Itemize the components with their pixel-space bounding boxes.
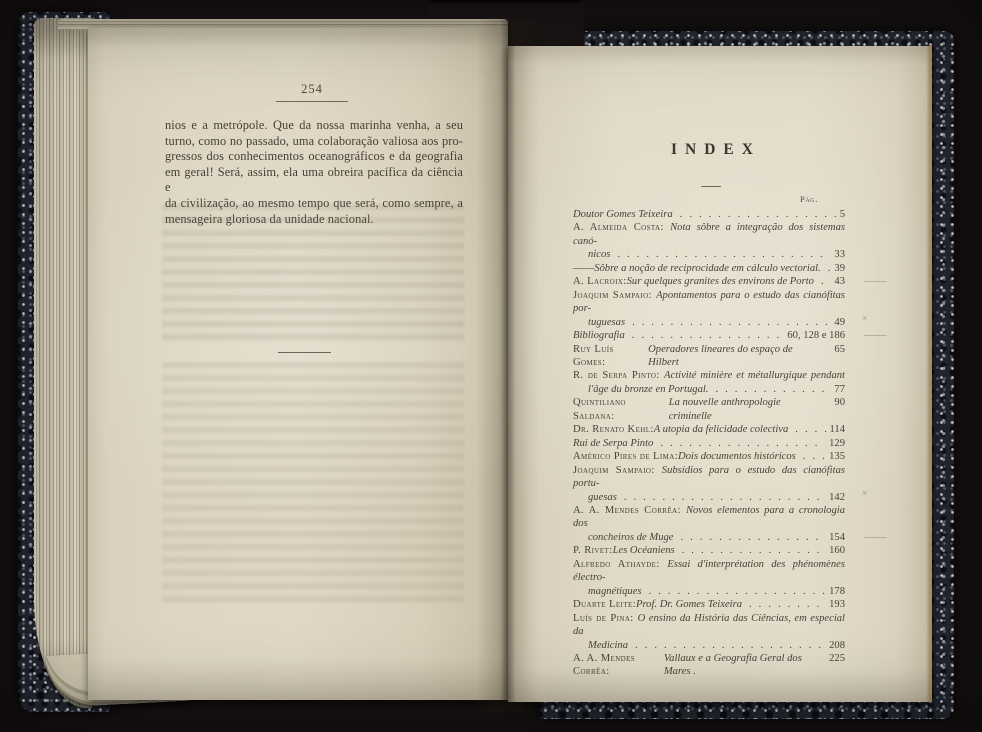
entry-title: guesas bbox=[588, 491, 617, 504]
bleed-through-text-lower bbox=[162, 362, 464, 604]
dot-leader: ........................................… bbox=[708, 383, 830, 396]
right-page: INDEX Pág. Doutor Gomes Teixeira........… bbox=[508, 46, 932, 702]
entry-page-number: 135 bbox=[825, 450, 845, 463]
index-entry-line: A. A. Mendes Corrêa: Novos elementos par… bbox=[573, 504, 845, 531]
entry-title: concheiros de Muge bbox=[588, 531, 674, 544]
index-entry: Luís de Pina: O ensino da História das C… bbox=[573, 612, 845, 652]
entry-author: P. Rivet: bbox=[573, 544, 613, 557]
entry-page-number: 193 bbox=[825, 598, 845, 611]
entry-title: Activité minière et métallurgique pendan… bbox=[664, 370, 845, 381]
index-entry: R. de Serpa Pinto: Activité minière et m… bbox=[573, 369, 845, 396]
dot-leader: ........................................… bbox=[818, 652, 825, 665]
entry-author: R. de Serpa Pinto: bbox=[573, 370, 664, 381]
index-entry-line: Bibliografia............................… bbox=[573, 329, 845, 342]
entry-author: Joaquim Sampaio: bbox=[573, 465, 662, 476]
left-page: 254 nios e a metrópole. Que da nossa mar… bbox=[88, 28, 508, 700]
entry-title: Dois documentos históricos bbox=[678, 450, 796, 463]
index-entry-line: Alfredo Athayde: Essai d'interprétation … bbox=[573, 558, 845, 585]
index-entry: Doutor Gomes Teixeira...................… bbox=[573, 208, 845, 221]
index-entry-line: Luís de Pina: O ensino da História das C… bbox=[573, 612, 845, 639]
entry-title: Les Océaniens bbox=[613, 544, 675, 557]
index-entry-line: concheiros de Muge......................… bbox=[573, 531, 845, 544]
entry-title: l'âge du bronze en Portugal. bbox=[588, 383, 708, 396]
entry-author: Duarte Leite: bbox=[573, 598, 636, 611]
entry-title: Operadores lineares do espaço de Hilbert bbox=[648, 343, 823, 370]
page-column-header: Pág. bbox=[573, 194, 845, 204]
entry-page-number: 178 bbox=[825, 585, 845, 598]
index-entry-line: —— Sôbre a noção de reciprocidade em cál… bbox=[573, 262, 845, 275]
entry-author: Ruy Luís Gomes: bbox=[573, 343, 648, 370]
index-entry-line: Joaquim Sampaio: Subsídios para o estudo… bbox=[573, 464, 845, 491]
entry-author: Luís de Pina: bbox=[573, 613, 638, 624]
page-stack-edges bbox=[34, 18, 92, 708]
index-title: INDEX bbox=[508, 141, 916, 159]
entry-page-number: 114 bbox=[826, 423, 846, 436]
entry-page-number: 160 bbox=[825, 544, 845, 557]
index-entry-line: nicos...................................… bbox=[573, 248, 845, 261]
index-entry: Américo Pires de Lima: Dois documentos h… bbox=[573, 450, 845, 463]
index-divider-rule bbox=[701, 186, 721, 187]
paragraph: nios e a metrópole. Que da nossa marinha… bbox=[165, 118, 463, 227]
entry-author: Quintiliano Saldana: bbox=[573, 396, 669, 423]
dot-leader: ........................................… bbox=[617, 491, 825, 504]
dot-leader: ........................................… bbox=[642, 585, 826, 598]
entry-author: A. A. Mendes Corrêa: bbox=[573, 652, 664, 679]
entry-page-number: 43 bbox=[830, 275, 845, 288]
pencil-x-mark: × bbox=[859, 487, 868, 501]
paragraph-line: gressos dos conhecimentos oceanográficos… bbox=[165, 149, 463, 165]
dot-leader: ........................................… bbox=[610, 248, 830, 261]
dot-leader: ........................................… bbox=[625, 316, 830, 329]
entry-title: Sur quelques granites des environs de Po… bbox=[627, 275, 814, 288]
dot-leader: ........................................… bbox=[625, 329, 784, 342]
pencil-dash-mark: — bbox=[865, 329, 887, 342]
entry-page-number: 90 bbox=[830, 396, 845, 409]
index-entry-line: Joaquim Sampaio: Apontamentos para o est… bbox=[573, 289, 845, 316]
index-entry-line: Medicina................................… bbox=[573, 639, 845, 652]
entry-author: Dr. Renato Kehl: bbox=[573, 423, 654, 436]
index-entry-line: Quintiliano Saldana: La nouvelle anthrop… bbox=[573, 396, 845, 423]
entry-title: Rui de Serpa Pinto bbox=[573, 437, 653, 450]
dot-leader: ........................................… bbox=[653, 437, 825, 450]
entry-title: Vallaux e a Geografia Geral dos Mares . bbox=[664, 652, 818, 679]
paragraph-line: em geral! Será, assim, ela uma obreira p… bbox=[165, 165, 463, 196]
paragraph-line: turno, como no passado, uma colaboração … bbox=[165, 134, 463, 150]
dot-leader: ........................................… bbox=[628, 639, 825, 652]
entry-title: —— bbox=[573, 262, 594, 275]
dot-leader: ........................................… bbox=[675, 544, 825, 557]
entry-title: Sôbre a noção de reciprocidade em cálcul… bbox=[594, 262, 821, 275]
section-divider-rule bbox=[278, 352, 331, 353]
entry-page-number: 154 bbox=[825, 531, 845, 544]
entry-author: Alfredo Athayde: bbox=[573, 559, 667, 570]
entry-author: Américo Pires de Lima: bbox=[573, 450, 678, 463]
index-entry: Bibliografia............................… bbox=[573, 329, 845, 342]
index-entry-line: A. A. Mendes Corrêa: Vallaux e a Geograf… bbox=[573, 652, 845, 679]
pencil-dash-mark: — bbox=[865, 531, 887, 544]
entry-page-number: 208 bbox=[825, 639, 845, 652]
entry-author: A. A. Mendes Corrêa: bbox=[573, 505, 686, 516]
dot-leader: ........................................… bbox=[742, 598, 825, 611]
index-entry: A. A. Mendes Corrêa: Vallaux e a Geograf… bbox=[573, 652, 845, 679]
entry-title: nicos bbox=[588, 248, 610, 261]
index-entry-line: P. Rivet: Les Océaniens.................… bbox=[573, 544, 845, 557]
page-number: 254 bbox=[276, 82, 348, 102]
index-entry: Quintiliano Saldana: La nouvelle anthrop… bbox=[573, 396, 845, 423]
entry-title: Doutor Gomes Teixeira bbox=[573, 208, 673, 221]
entry-title: tuguesas bbox=[588, 316, 625, 329]
index-entry-line: R. de Serpa Pinto: Activité minière et m… bbox=[573, 369, 845, 382]
index-entry: Joaquim Sampaio: Apontamentos para o est… bbox=[573, 289, 845, 329]
dot-leader: ........................................… bbox=[788, 423, 825, 436]
entry-page-number: 60, 128 e 186 bbox=[783, 329, 845, 342]
index-entry: Ruy Luís Gomes: Operadores lineares do e… bbox=[573, 343, 845, 370]
index-entry-line: Doutor Gomes Teixeira...................… bbox=[573, 208, 845, 221]
index-entry-line: Duarte Leite: Prof. Dr. Gomes Teixeira..… bbox=[573, 598, 845, 611]
index-entry: Dr. Renato Kehl: A utopia da felicidade … bbox=[573, 423, 845, 436]
paragraph-line: nios e a metrópole. Que da nossa marinha… bbox=[165, 118, 463, 134]
index-entry-line: magnétiques.............................… bbox=[573, 585, 845, 598]
dot-leader: ........................................… bbox=[796, 450, 825, 463]
dot-leader: ........................................… bbox=[823, 396, 830, 409]
index-entry: —— Sôbre a noção de reciprocidade em cál… bbox=[573, 262, 845, 275]
entry-page-number: 142 bbox=[825, 491, 845, 504]
entry-title: magnétiques bbox=[588, 585, 642, 598]
index-entry-line: Rui de Serpa Pinto......................… bbox=[573, 437, 845, 450]
index-entries: Doutor Gomes Teixeira...................… bbox=[573, 208, 845, 679]
entry-author: A. Almeida Costa: bbox=[573, 222, 670, 233]
entry-page-number: 225 bbox=[825, 652, 845, 665]
entry-title: A utopia da felicidade colectiva bbox=[654, 423, 789, 436]
entry-author: A. Lacroix: bbox=[573, 275, 627, 288]
entry-author: Joaquim Sampaio: bbox=[573, 290, 656, 301]
dot-leader: ........................................… bbox=[814, 275, 830, 288]
book-scan-photo: 254 nios e a metrópole. Que da nossa mar… bbox=[0, 0, 982, 732]
index-entry-line: A. Lacroix: Sur quelques granites des en… bbox=[573, 275, 845, 288]
pencil-dash-mark: — bbox=[865, 275, 887, 288]
dot-leader: ........................................… bbox=[673, 208, 836, 221]
entry-page-number: 5 bbox=[836, 208, 845, 221]
entry-page-number: 65 bbox=[830, 343, 845, 356]
index-entry-line: Dr. Renato Kehl: A utopia da felicidade … bbox=[573, 423, 845, 436]
entry-title: Medicina bbox=[588, 639, 628, 652]
index-entry: Joaquim Sampaio: Subsídios para o estudo… bbox=[573, 464, 845, 504]
index-entry: A. A. Mendes Corrêa: Novos elementos par… bbox=[573, 504, 845, 544]
index-entry-line: l'âge du bronze en Portugal.............… bbox=[573, 383, 845, 396]
index-entry: Alfredo Athayde: Essai d'interprétation … bbox=[573, 558, 845, 598]
index-entry-line: Ruy Luís Gomes: Operadores lineares do e… bbox=[573, 343, 845, 370]
dot-leader: ........................................… bbox=[674, 531, 826, 544]
entry-page-number: 33 bbox=[830, 248, 845, 261]
index-entry: A. Lacroix: Sur quelques granites des en… bbox=[573, 275, 845, 288]
index-entry: Rui de Serpa Pinto......................… bbox=[573, 437, 845, 450]
dot-leader: ........................................… bbox=[823, 343, 830, 356]
pencil-x-mark: × bbox=[859, 312, 868, 326]
paragraph-line: da civilização, ao mesmo tempo que será,… bbox=[165, 196, 463, 212]
index-entry-line: guesas..................................… bbox=[573, 491, 845, 504]
dot-leader: ........................................… bbox=[821, 262, 831, 275]
paragraph-line: mensageira gloriosa da unidade nacional. bbox=[165, 212, 463, 228]
entry-page-number: 77 bbox=[830, 383, 845, 396]
entry-title: Bibliografia bbox=[573, 329, 625, 342]
entry-page-number: 49 bbox=[830, 316, 845, 329]
index-entry-line: tuguesas................................… bbox=[573, 316, 845, 329]
entry-page-number: 39 bbox=[830, 262, 845, 275]
entry-title: La nouvelle anthropologie criminelle bbox=[669, 396, 824, 423]
index-entry: A. Almeida Costa: Nota sôbre a integraçã… bbox=[573, 221, 845, 261]
index-entry: Duarte Leite: Prof. Dr. Gomes Teixeira..… bbox=[573, 598, 845, 611]
index-entry-line: A. Almeida Costa: Nota sôbre a integraçã… bbox=[573, 221, 845, 248]
entry-page-number: 129 bbox=[825, 437, 845, 450]
index-entry-line: Américo Pires de Lima: Dois documentos h… bbox=[573, 450, 845, 463]
index-entry: P. Rivet: Les Océaniens.................… bbox=[573, 544, 845, 557]
entry-title: Prof. Dr. Gomes Teixeira bbox=[636, 598, 742, 611]
